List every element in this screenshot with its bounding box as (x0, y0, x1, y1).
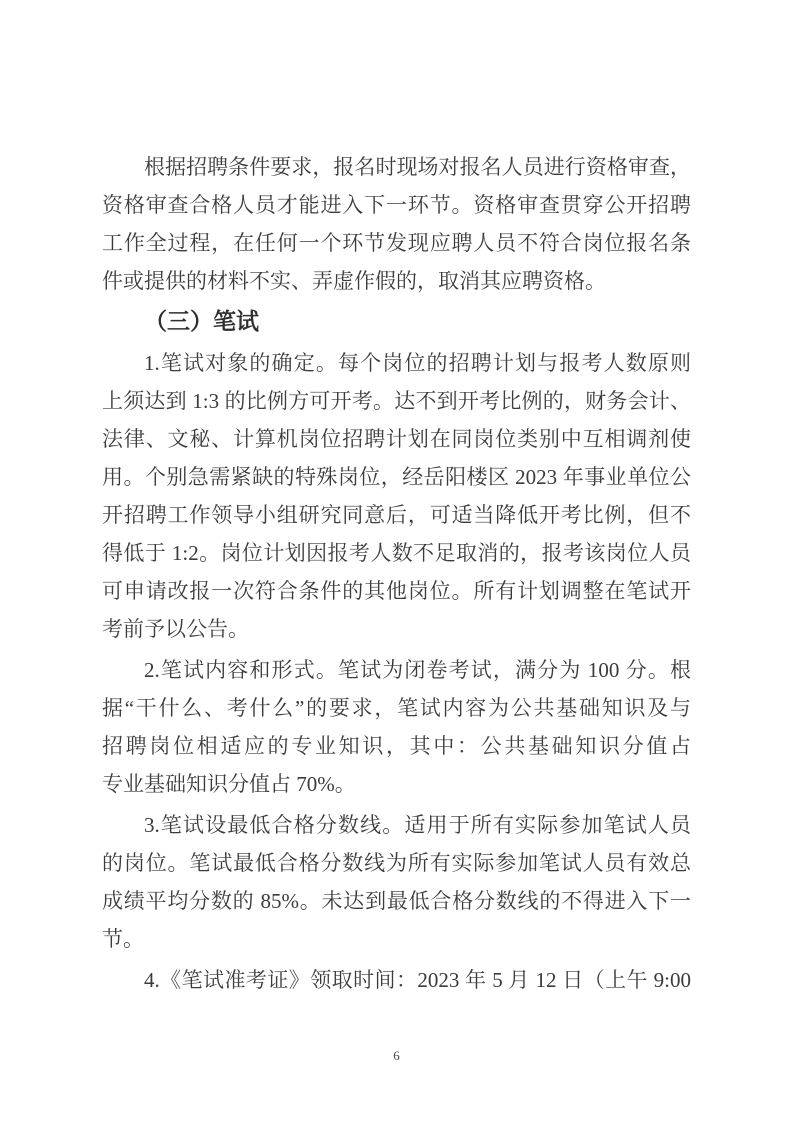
text-line: 的岗位。笔试最低合格分数线为所有实际参加笔试人员有效总 (102, 844, 691, 882)
text-line: 件或提供的材料不实、弄虚作假的，取消其应聘资格。 (102, 262, 691, 300)
para-1-test-eligibility: 1.笔试对象的确定。每个岗位的招聘计划与报考人数原则上须达到 1:3 的比例方可… (102, 344, 691, 648)
text-line: 可申请改报一次符合条件的其他岗位。所有计划调整在笔试开 (102, 572, 691, 610)
text-line: 工作全过程，在任何一个环节发现应聘人员不符合岗位报名条 (102, 224, 691, 262)
text-block: 根据招聘条件要求，报名时现场对报名人员进行资格审查，资格审查合格人员才能进入下一… (102, 148, 691, 999)
text-line: 法律、文秘、计算机岗位招聘计划在同岗位类别中互相调剂使 (102, 420, 691, 458)
text-line: 成绩平均分数的 85%。未达到最低合格分数线的不得进入下一环 (102, 882, 691, 920)
text-line: 招聘岗位相适应的专业知识，其中：公共基础知识分值占 30%， (102, 727, 691, 765)
text-line: 用。个别急需紧缺的特殊岗位，经岳阳楼区 2023 年事业单位公 (102, 458, 691, 496)
text-line: 3.笔试设最低合格分数线。适用于所有实际参加笔试人员 (102, 806, 691, 844)
text-line: 资格审查合格人员才能进入下一环节。资格审查贯穿公开招聘 (102, 186, 691, 224)
para-qualification-review: 根据招聘条件要求，报名时现场对报名人员进行资格审查，资格审查合格人员才能进入下一… (102, 148, 691, 300)
text-line: 4.《笔试准考证》领取时间：2023 年 5 月 12 日（上午 9:00 (102, 961, 691, 999)
text-line: 据“干什么、考什么”的要求，笔试内容为公共基础知识及与 (102, 689, 691, 727)
text-line: 得低于 1:2。岗位计划因报考人数不足取消的，报考该岗位人员 (102, 534, 691, 572)
para-3-passing-line: 3.笔试设最低合格分数线。适用于所有实际参加笔试人员的岗位。笔试最低合格分数线为… (102, 806, 691, 958)
text-line: 节。 (102, 920, 691, 958)
text-line: 1.笔试对象的确定。每个岗位的招聘计划与报考人数原则 (102, 344, 691, 382)
text-line: 考前予以公告。 (102, 610, 691, 648)
text-line: 根据招聘条件要求，报名时现场对报名人员进行资格审查， (102, 148, 691, 186)
heading-written-test: （三）笔试 (102, 303, 691, 341)
para-4-admission-ticket: 4.《笔试准考证》领取时间：2023 年 5 月 12 日（上午 9:00 (102, 961, 691, 999)
para-2-test-content: 2.笔试内容和形式。笔试为闭卷考试，满分为 100 分。根据“干什么、考什么”的… (102, 651, 691, 803)
text-line: 2.笔试内容和形式。笔试为闭卷考试，满分为 100 分。根 (102, 651, 691, 689)
scanned-document-page: 根据招聘条件要求，报名时现场对报名人员进行资格审查，资格审查合格人员才能进入下一… (0, 0, 793, 1121)
page-number: 6 (0, 1044, 793, 1068)
text-line: （三）笔试 (102, 303, 691, 341)
text-line: 专业基础知识分值占 70%。 (102, 765, 691, 803)
text-line: 开招聘工作领导小组研究同意后，可适当降低开考比例，但不 (102, 496, 691, 534)
text-line: 上须达到 1:3 的比例方可开考。达不到开考比例的，财务会计、 (102, 382, 691, 420)
